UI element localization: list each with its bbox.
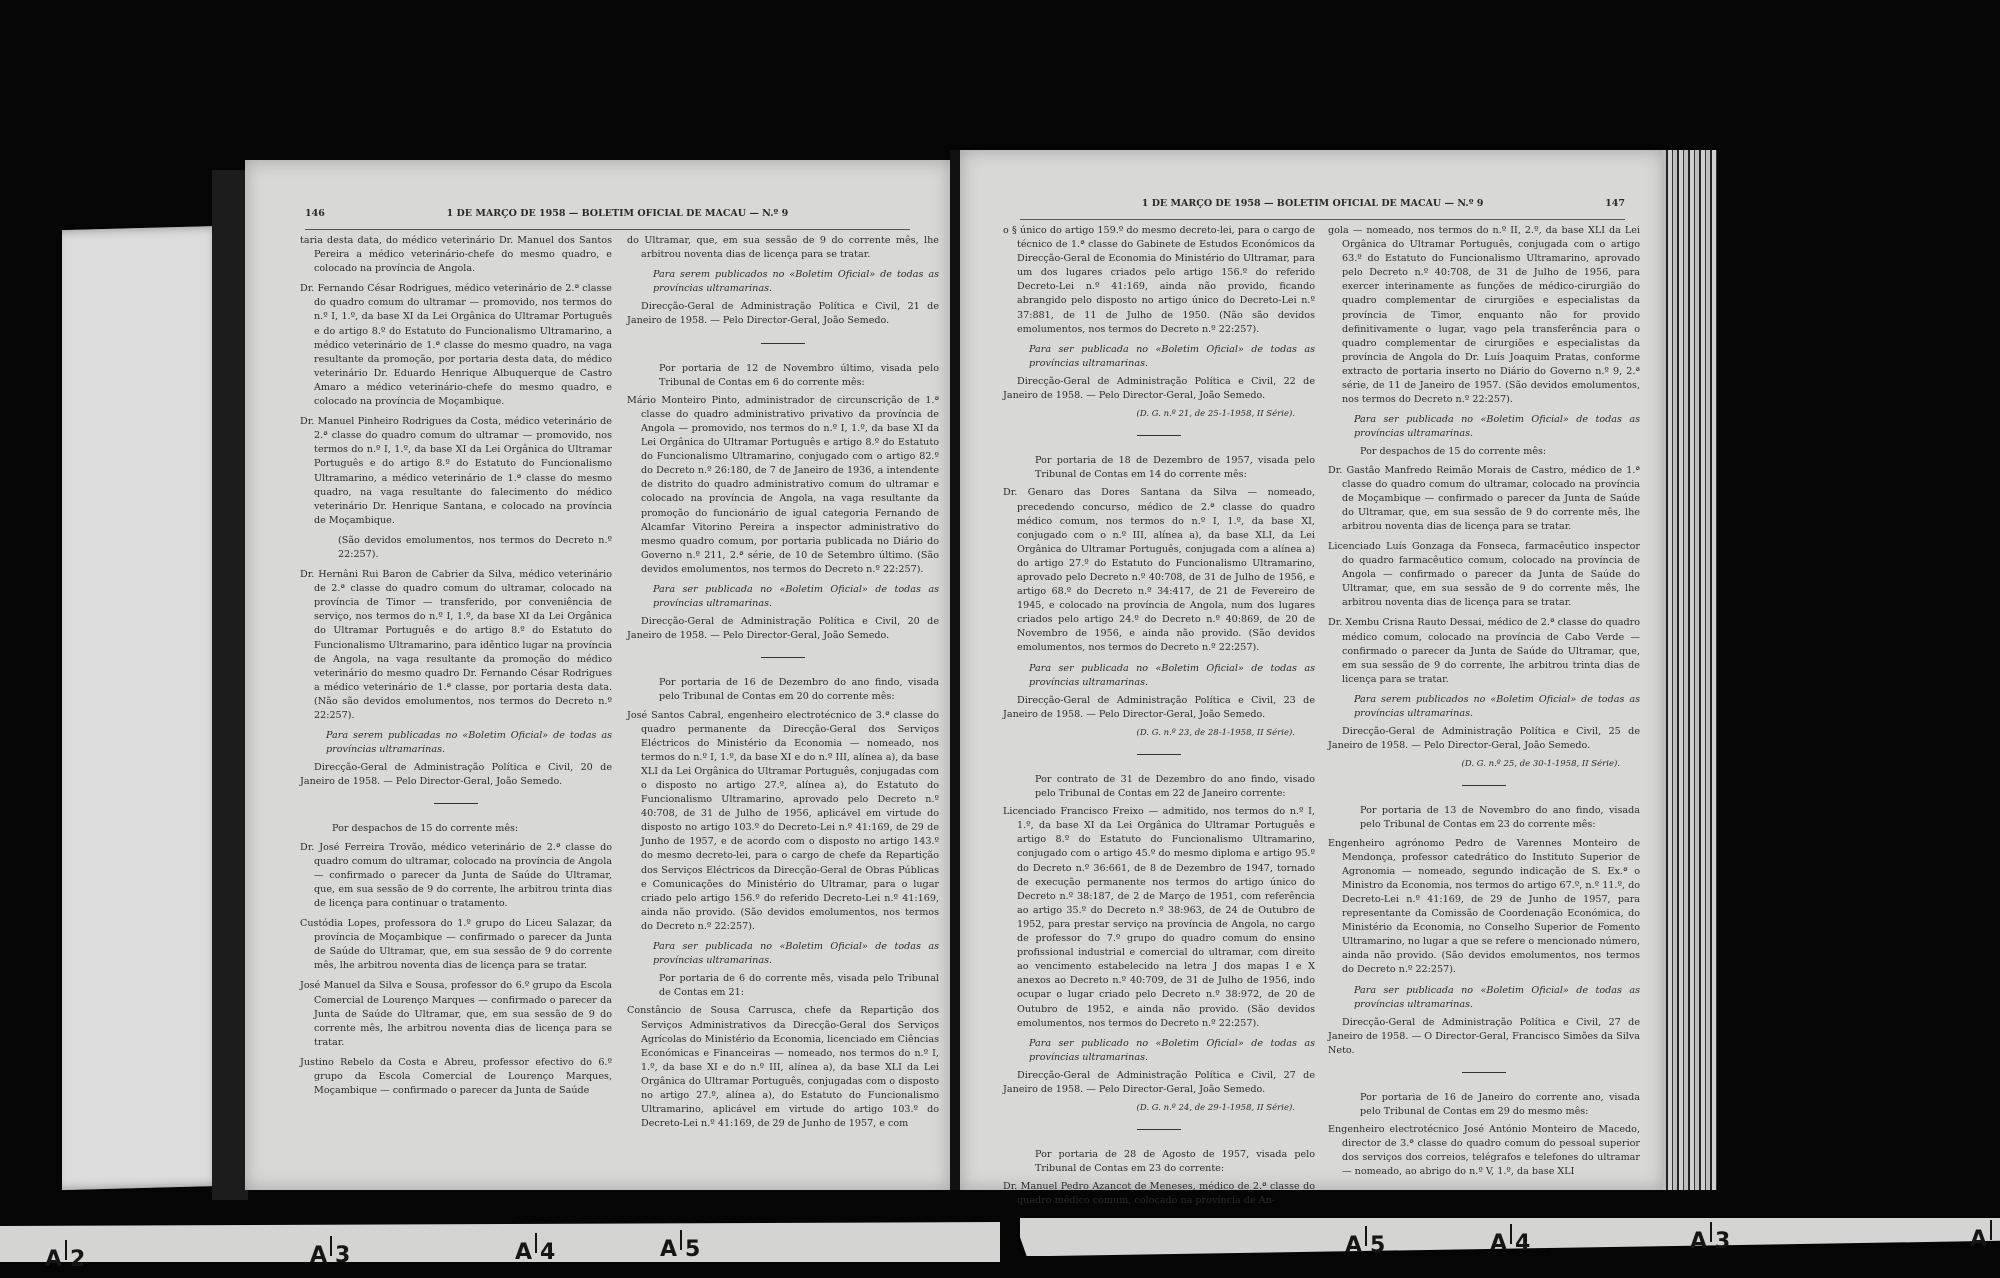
right-page: 1 DE MARÇO DE 1958 — BOLETIM OFICIAL DE … [960, 150, 1665, 1190]
paragraph: Para ser publicada no «Boletim Oficial» … [627, 583, 939, 611]
paragraph: Engenheiro agrónomo Pedro de Varennes Mo… [1328, 837, 1640, 978]
paragraph: Por portaria de 6 do corrente mês, visad… [627, 972, 939, 1000]
section-separator [761, 343, 805, 344]
right-column-1: o § único do artigo 159.º do mesmo decre… [1003, 224, 1315, 1215]
paragraph: Para serem publicados no «Boletim Oficia… [1328, 693, 1640, 721]
paragraph: Para ser publicado no «Boletim Oficial» … [1003, 1037, 1315, 1065]
paragraph: José Manuel da Silva e Sousa, professor … [300, 979, 612, 1049]
paragraph: Dr. Xembu Crisna Rauto Dessai, médico de… [1328, 616, 1640, 686]
binding-edge-left [212, 170, 248, 1200]
paragraph: Por portaria de 18 de Dezembro de 1957, … [1003, 454, 1315, 482]
paragraph: Por portaria de 13 de Novembro do ano fi… [1328, 804, 1640, 832]
paragraph: Por contrato de 31 de Dezembro do ano fi… [1003, 773, 1315, 801]
paragraph: Licenciado Luís Gonzaga da Fonseca, farm… [1328, 540, 1640, 610]
paragraph: Constâncio de Sousa Carrusca, chefe da R… [627, 1004, 939, 1131]
left-page-header: 146 1 DE MARÇO DE 1958 — BOLETIM OFICIAL… [305, 208, 910, 230]
left-column-1: taria desta data, do médico veterinário … [300, 234, 612, 1104]
paragraph: Engenheiro electrotécnico José António M… [1328, 1123, 1640, 1179]
frame-mark: A3 [1690, 1222, 1730, 1254]
paragraph: gola — nomeado, nos termos do n.º II, 2.… [1328, 224, 1640, 407]
paragraph: Licenciado Francisco Freixo — admitido, … [1003, 805, 1315, 1031]
section-separator [1462, 1072, 1506, 1073]
paragraph: taria desta data, do médico veterinário … [300, 234, 612, 276]
paragraph: Dr. Manuel Pinheiro Rodrigues da Costa, … [300, 415, 612, 528]
section-separator [1137, 1129, 1181, 1130]
paragraph: (D. G. n.º 21, de 25-1-1958, II Série). [1003, 407, 1315, 421]
paragraph: Por portaria de 16 de Dezembro do ano fi… [627, 676, 939, 704]
paragraph: Por despachos de 15 do corrente mês: [1328, 445, 1640, 459]
paragraph: (D. G. n.º 23, de 28-1-1958, II Série). [1003, 726, 1315, 740]
page-number: 147 [1605, 198, 1625, 216]
paragraph: (São devidos emolumentos, nos termos do … [300, 534, 612, 562]
right-page-header: 1 DE MARÇO DE 1958 — BOLETIM OFICIAL DE … [1020, 198, 1625, 220]
paragraph: Direcção-Geral de Administração Política… [1003, 694, 1315, 722]
frame-mark: A5 [660, 1230, 700, 1262]
paragraph: Direcção-Geral de Administração Política… [627, 300, 939, 328]
frame-mark: A2 [45, 1240, 85, 1272]
paragraph: José Santos Cabral, engenheiro electroté… [627, 709, 939, 935]
underlying-sheet [62, 226, 222, 1190]
paragraph: Dr. José Ferreira Trovão, médico veterin… [300, 841, 612, 911]
section-separator [1137, 754, 1181, 755]
frame-mark: A [1970, 1220, 1995, 1252]
paragraph: Para ser publicada no «Boletim Oficial» … [1328, 984, 1640, 1012]
paragraph: Dr. Hernâni Rui Baron de Cabrier da Silv… [300, 568, 612, 723]
paragraph: do Ultramar, que, em sua sessão de 9 do … [627, 234, 939, 262]
section-separator [1137, 435, 1181, 436]
paragraph: Direcção-Geral de Administração Política… [1003, 1069, 1315, 1097]
paragraph: Por portaria de 12 de Novembro último, v… [627, 362, 939, 390]
paragraph: Dr. Fernando César Rodrigues, médico vet… [300, 282, 612, 409]
section-separator [761, 657, 805, 658]
paragraph: Dr. Genaro das Dores Santana da Silva — … [1003, 486, 1315, 655]
paragraph: Mário Monteiro Pinto, administrador de c… [627, 394, 939, 577]
paragraph: Para ser publicada no «Boletim Oficial» … [1003, 343, 1315, 371]
paragraph: Dr. Gastão Manfredo Reimão Morais de Cas… [1328, 464, 1640, 534]
frame-mark: A4 [1490, 1224, 1530, 1256]
section-separator [434, 803, 478, 804]
paragraph: Direcção-Geral de Administração Política… [1003, 375, 1315, 403]
paragraph: Por despachos de 15 do corrente mês: [300, 822, 612, 836]
paragraph: Para ser publicada no «Boletim Oficial» … [1328, 413, 1640, 441]
section-separator [1462, 785, 1506, 786]
running-title: 1 DE MARÇO DE 1958 — BOLETIM OFICIAL DE … [1142, 198, 1484, 216]
frame-mark: A4 [515, 1233, 555, 1265]
left-page: 146 1 DE MARÇO DE 1958 — BOLETIM OFICIAL… [245, 160, 950, 1190]
paragraph: (D. G. n.º 25, de 30-1-1958, II Série). [1328, 757, 1640, 771]
paragraph: o § único do artigo 159.º do mesmo decre… [1003, 224, 1315, 337]
paragraph: Justino Rebelo da Costa e Abreu, profess… [300, 1056, 612, 1098]
page-number: 146 [305, 208, 325, 226]
left-column-2: do Ultramar, que, em sua sessão de 9 do … [627, 234, 939, 1137]
paragraph: Para ser publicada no «Boletim Oficial» … [1003, 662, 1315, 690]
paragraph: Dr. Manuel Pedro Azancot de Meneses, méd… [1003, 1180, 1315, 1208]
page-edges-right [1662, 150, 1717, 1190]
paragraph: Direcção-Geral de Administração Política… [627, 615, 939, 643]
frame-mark: A3 [310, 1236, 350, 1268]
paragraph: (D. G. n.º 24, de 29-1-1958, II Série). [1003, 1101, 1315, 1115]
running-title: 1 DE MARÇO DE 1958 — BOLETIM OFICIAL DE … [447, 208, 789, 226]
right-column-2: gola — nomeado, nos termos do n.º II, 2.… [1328, 224, 1640, 1186]
paragraph: Por portaria de 16 de Janeiro do corrent… [1328, 1091, 1640, 1119]
paragraph: Custódia Lopes, professora do 1.º grupo … [300, 917, 612, 973]
paragraph: Por portaria de 28 de Agosto de 1957, vi… [1003, 1148, 1315, 1176]
paragraph: Para serem publicadas no «Boletim Oficia… [300, 729, 612, 757]
paragraph: Direcção-Geral de Administração Política… [300, 761, 612, 789]
paragraph: Para ser publicada no «Boletim Oficial» … [627, 940, 939, 968]
film-notch [1000, 1220, 1028, 1260]
paragraph: Para serem publicados no «Boletim Oficia… [627, 268, 939, 296]
paragraph: Direcção-Geral de Administração Política… [1328, 1016, 1640, 1058]
paragraph: Direcção-Geral de Administração Política… [1328, 725, 1640, 753]
frame-mark: A5 [1345, 1226, 1385, 1258]
